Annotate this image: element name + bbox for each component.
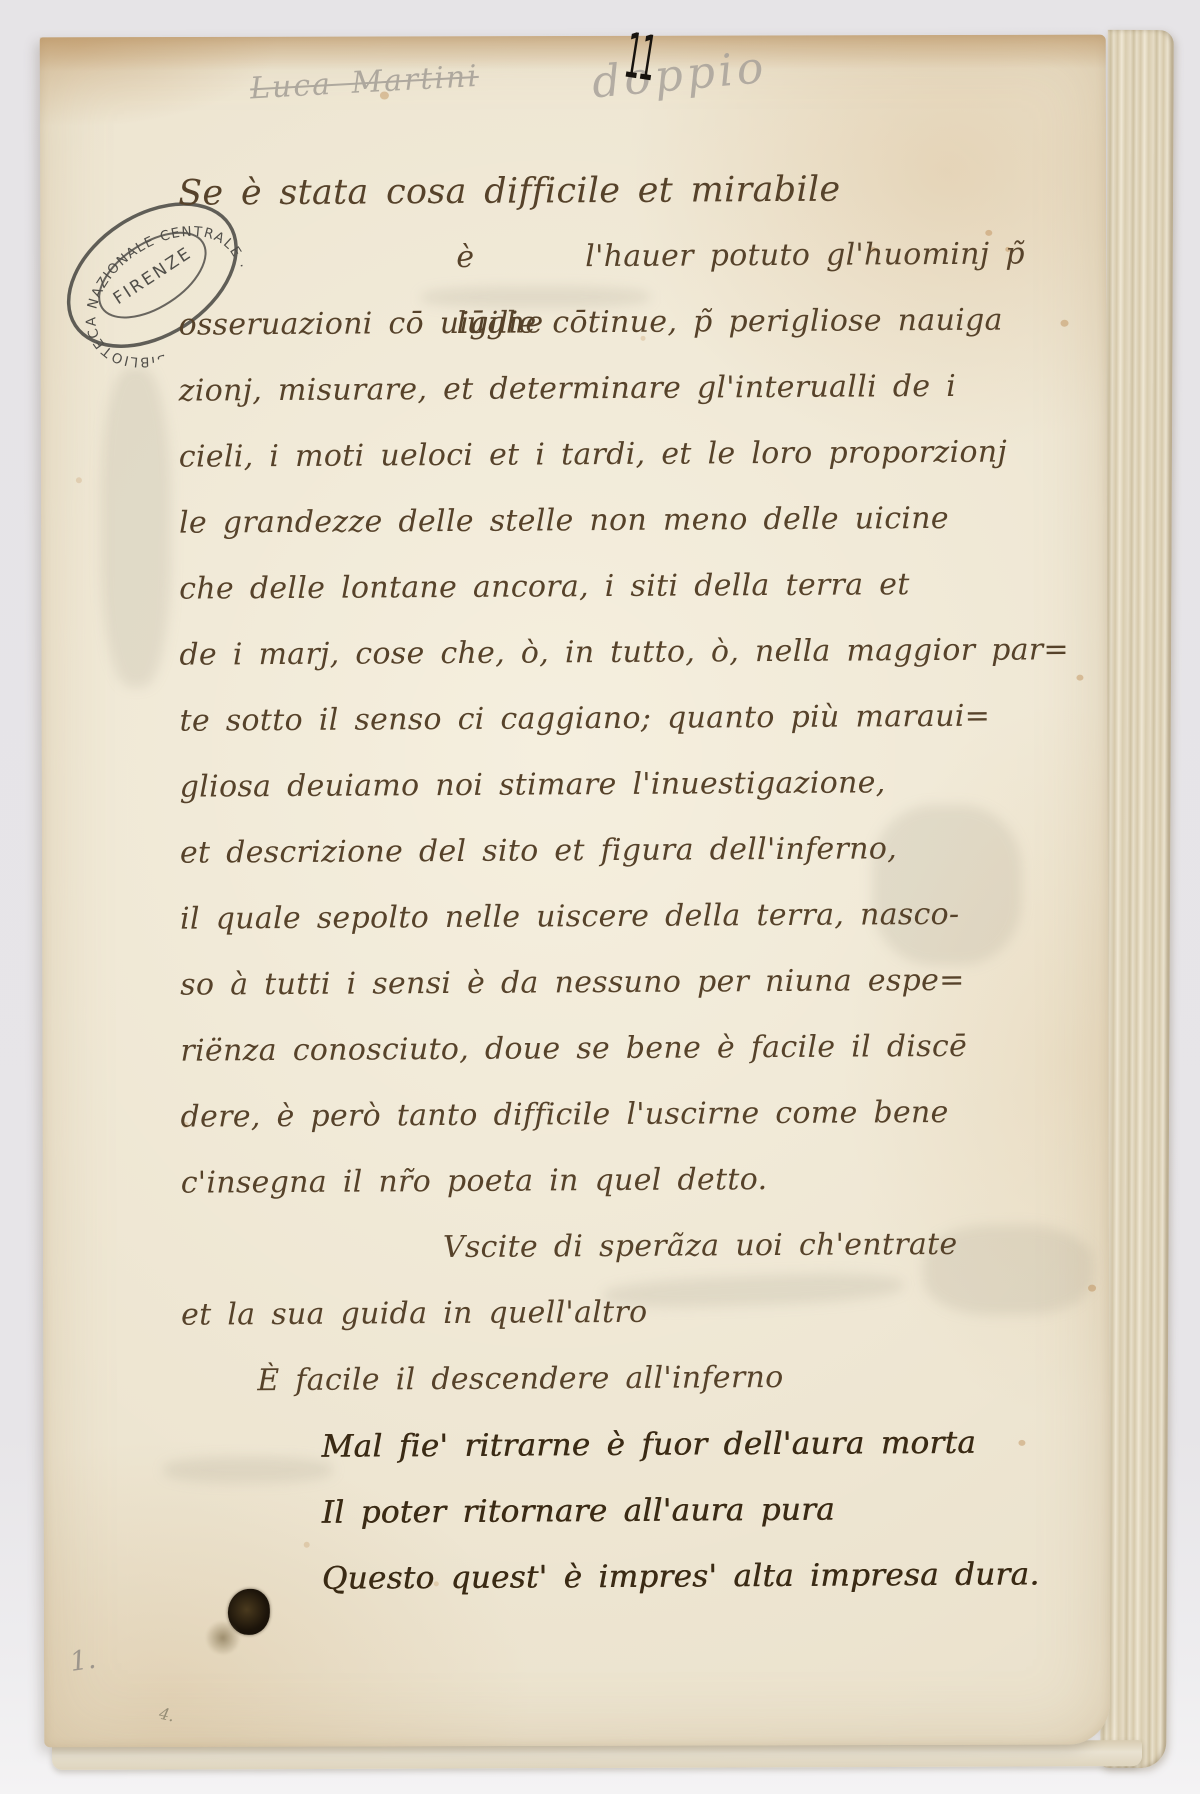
manuscript-line: c'insegna il nr̃o poeta in quel detto. [181, 1145, 1111, 1217]
pencil-tick-mark: 4. [157, 1704, 176, 1726]
manuscript-line: Vscite di sperãza uoi ch'entrate [181, 1211, 1111, 1283]
manuscript-line: cieli, i moti ueloci et i tardi, et le l… [179, 419, 1109, 491]
manuscript-line: Questo quest' è impres' alta impresa dur… [182, 1541, 1112, 1613]
manuscript-line: zionj, misurare, et determinare gl'inter… [178, 353, 1108, 425]
manuscript-line: è l'hauer potuto gl'huominj p̃ lūghe [178, 221, 1108, 293]
manuscript-line: Se è stata cosa difficile et mirabile [178, 155, 1108, 227]
manuscript-line: È facile il descendere all'inferno [181, 1343, 1111, 1415]
manuscript-line: Mal fie' ritrarne è fuor dell'aura morta [181, 1409, 1111, 1481]
foxing-spot [76, 477, 82, 483]
manuscript-line: et la sua guida in quell'altro [181, 1277, 1111, 1349]
manuscript-line: che delle lontane ancora, i siti della t… [179, 551, 1109, 623]
pencil-page-number: 1. [68, 1644, 98, 1678]
bleedthrough-smudge [101, 367, 172, 687]
manuscript-lines: Se è stata cosa difficile et mirabileè l… [178, 157, 1112, 1611]
manuscript-line: le grandezze delle stelle non meno delle… [179, 485, 1109, 557]
manuscript-line: gliosa deuiamo noi stimare l'inuestigazi… [180, 749, 1110, 821]
manuscript-page: Luca Martini doppio 11 BIBLIOTECA NAZION… [40, 35, 1110, 1748]
manuscript-line: dere, è però tanto difficile l'uscirne c… [180, 1079, 1110, 1151]
manuscript-line: te sotto il senso ci caggiano; quanto pi… [179, 683, 1109, 755]
manuscript-line: riënza conosciuto, doue se bene è facile… [180, 1013, 1110, 1085]
manuscript-line: de i marj, cose che, ò, in tutto, ò, nel… [179, 617, 1109, 689]
manuscript-line: Il poter ritornare all'aura pura [181, 1475, 1111, 1547]
manuscript-line: osseruazioni cō uigilie cōtinue, p̃ peri… [178, 287, 1108, 359]
manuscript-line: il quale sepolto nelle uiscere della ter… [180, 881, 1110, 953]
paper-stain-corner [40, 37, 280, 128]
manuscript-line: et descrizione del sito et figura dell'i… [180, 815, 1110, 887]
manuscript-line: so à tutti i sensi è da nessuno per niun… [180, 947, 1110, 1019]
ink-blot-smudge [204, 1621, 242, 1655]
